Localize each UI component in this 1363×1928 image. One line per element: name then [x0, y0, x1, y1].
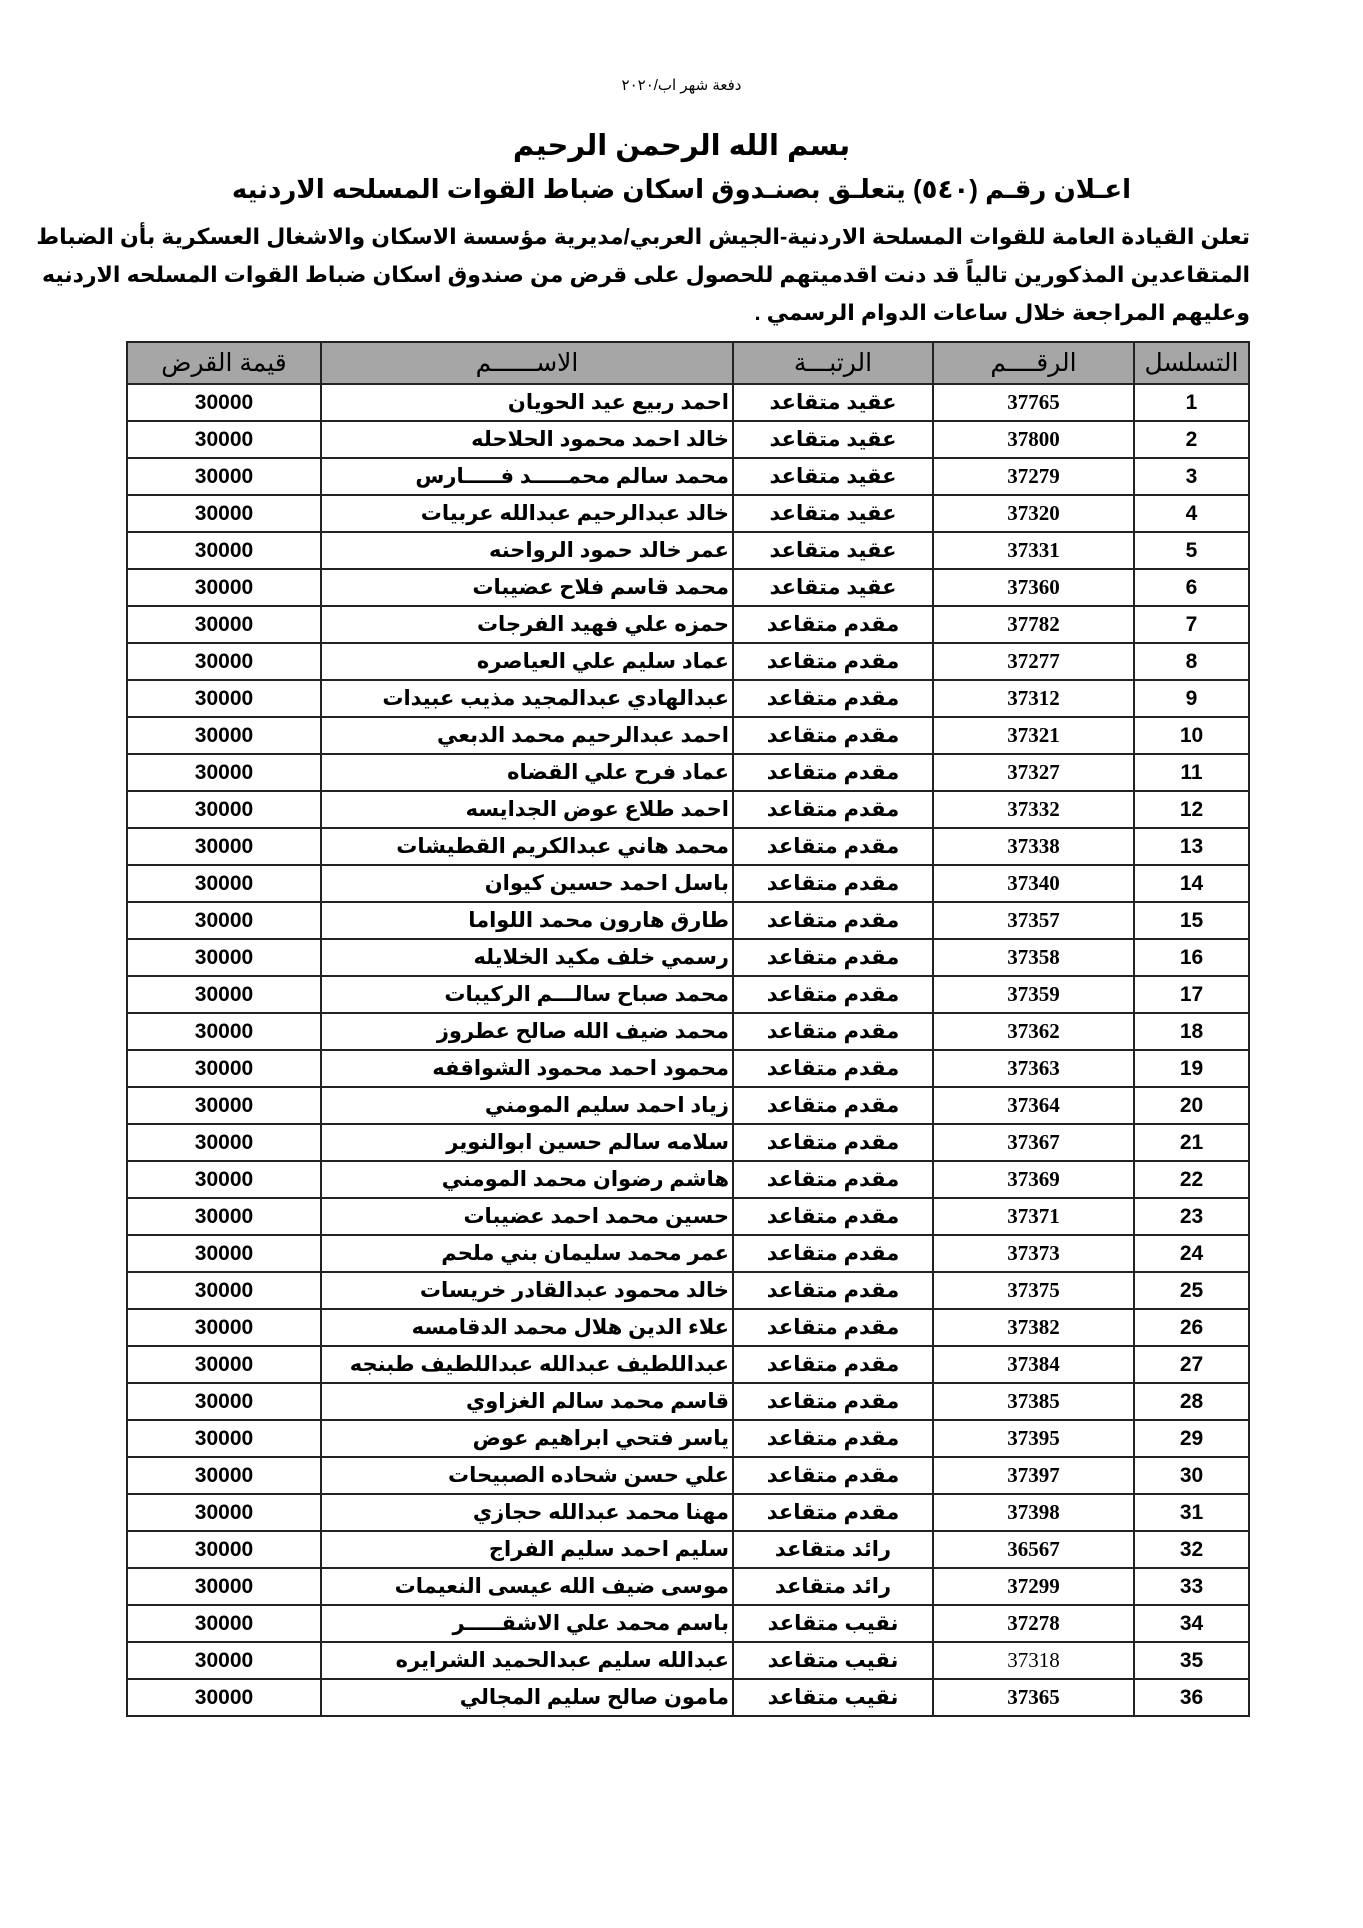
- table-row: 837277مقدم متقاعدعماد سليم علي العياصره3…: [127, 643, 1249, 680]
- cell-rank: مقدم متقاعد: [733, 1124, 933, 1161]
- cell-number: 37369: [933, 1161, 1134, 1198]
- cell-rank: مقدم متقاعد: [733, 865, 933, 902]
- cell-rank: عقيد متقاعد: [733, 458, 933, 495]
- cell-rank: رائد متقاعد: [733, 1531, 933, 1568]
- cell-seq: 27: [1134, 1346, 1249, 1383]
- cell-seq: 15: [1134, 902, 1249, 939]
- column-header-name: الاســــــم: [321, 342, 733, 384]
- cell-number: 37278: [933, 1605, 1134, 1642]
- cell-number: 37279: [933, 458, 1134, 495]
- cell-name: عبداللطيف عبدالله عبداللطيف طبنجه: [321, 1346, 733, 1383]
- cell-name: احمد عبدالرحيم محمد الدبعي: [321, 717, 733, 754]
- cell-number: 37321: [933, 717, 1134, 754]
- cell-amount: 30000: [127, 643, 321, 680]
- cell-number: 37327: [933, 754, 1134, 791]
- cell-number: 37397: [933, 1457, 1134, 1494]
- cell-seq: 12: [1134, 791, 1249, 828]
- cell-name: عمر محمد سليمان بني ملحم: [321, 1235, 733, 1272]
- cell-amount: 30000: [127, 384, 321, 421]
- cell-number: 37332: [933, 791, 1134, 828]
- cell-name: محمد ضيف الله صالح عطروز: [321, 1013, 733, 1050]
- cell-number: 37800: [933, 421, 1134, 458]
- table-row: 2837385مقدم متقاعدقاسم محمد سالم الغزاوي…: [127, 1383, 1249, 1420]
- cell-name: محمد قاسم فلاح عضيبات: [321, 569, 733, 606]
- cell-rank: مقدم متقاعد: [733, 1087, 933, 1124]
- table-row: 2437373مقدم متقاعدعمر محمد سليمان بني مل…: [127, 1235, 1249, 1272]
- table-row: 1237332مقدم متقاعداحمد طلاع عوض الجدايسه…: [127, 791, 1249, 828]
- cell-amount: 30000: [127, 495, 321, 532]
- table-row: 1137327مقدم متقاعدعماد فرح علي القضاه300…: [127, 754, 1249, 791]
- table-row: 1037321مقدم متقاعداحمد عبدالرحيم محمد ال…: [127, 717, 1249, 754]
- cell-rank: مقدم متقاعد: [733, 643, 933, 680]
- cell-number: 37365: [933, 1679, 1134, 1716]
- cell-number: 37359: [933, 976, 1134, 1013]
- table-row: 537331عقيد متقاعدعمر خالد حمود الرواحنه3…: [127, 532, 1249, 569]
- table-row: 2037364مقدم متقاعدزياد احمد سليم المومني…: [127, 1087, 1249, 1124]
- cell-rank: مقدم متقاعد: [733, 1198, 933, 1235]
- cell-number: 37398: [933, 1494, 1134, 1531]
- cell-number: 37299: [933, 1568, 1134, 1605]
- cell-name: خالد عبدالرحيم عبدالله عربيات: [321, 495, 733, 532]
- cell-seq: 32: [1134, 1531, 1249, 1568]
- cell-number: 37331: [933, 532, 1134, 569]
- cell-amount: 30000: [127, 939, 321, 976]
- body-line: تعلن القيادة العامة للقوات المسلحة الارد…: [205, 218, 1250, 256]
- cell-rank: رائد متقاعد: [733, 1568, 933, 1605]
- cell-name: حمزه علي فهيد الفرجات: [321, 606, 733, 643]
- cell-amount: 30000: [127, 1087, 321, 1124]
- cell-amount: 30000: [127, 569, 321, 606]
- cell-seq: 14: [1134, 865, 1249, 902]
- cell-seq: 1: [1134, 384, 1249, 421]
- cell-amount: 30000: [127, 458, 321, 495]
- cell-rank: مقدم متقاعد: [733, 1013, 933, 1050]
- cell-rank: مقدم متقاعد: [733, 1050, 933, 1087]
- cell-seq: 22: [1134, 1161, 1249, 1198]
- cell-name: قاسم محمد سالم الغزاوي: [321, 1383, 733, 1420]
- cell-seq: 9: [1134, 680, 1249, 717]
- cell-amount: 30000: [127, 902, 321, 939]
- cell-seq: 17: [1134, 976, 1249, 1013]
- cell-seq: 36: [1134, 1679, 1249, 1716]
- table-row: 1437340مقدم متقاعدباسل احمد حسين كيوان30…: [127, 865, 1249, 902]
- table-row: 2937395مقدم متقاعدياسر فتحي ابراهيم عوض3…: [127, 1420, 1249, 1457]
- cell-name: محمود احمد محمود الشواقفه: [321, 1050, 733, 1087]
- cell-amount: 30000: [127, 1050, 321, 1087]
- cell-name: علاء الدين هلال محمد الدقامسه: [321, 1309, 733, 1346]
- cell-seq: 5: [1134, 532, 1249, 569]
- column-header-amount: قيمة القرض: [127, 342, 321, 384]
- cell-seq: 30: [1134, 1457, 1249, 1494]
- table-row: 2637382مقدم متقاعدعلاء الدين هلال محمد ا…: [127, 1309, 1249, 1346]
- cell-number: 37373: [933, 1235, 1134, 1272]
- cell-number: 37338: [933, 828, 1134, 865]
- table-header-row: التسلسل الرقــــم الرتبـــة الاســــــم …: [127, 342, 1249, 384]
- cell-amount: 30000: [127, 1346, 321, 1383]
- table-row: 437320عقيد متقاعدخالد عبدالرحيم عبدالله …: [127, 495, 1249, 532]
- cell-amount: 30000: [127, 976, 321, 1013]
- cell-rank: مقدم متقاعد: [733, 976, 933, 1013]
- cell-rank: عقيد متقاعد: [733, 532, 933, 569]
- cell-number: 37363: [933, 1050, 1134, 1087]
- cell-amount: 30000: [127, 1679, 321, 1716]
- cell-amount: 30000: [127, 754, 321, 791]
- cell-amount: 30000: [127, 1161, 321, 1198]
- cell-name: خالد محمود عبدالقادر خريسات: [321, 1272, 733, 1309]
- cell-rank: مقدم متقاعد: [733, 1235, 933, 1272]
- cell-rank: مقدم متقاعد: [733, 939, 933, 976]
- cell-number: 37782: [933, 606, 1134, 643]
- cell-rank: مقدم متقاعد: [733, 717, 933, 754]
- cell-name: طارق هارون محمد اللواما: [321, 902, 733, 939]
- cell-rank: مقدم متقاعد: [733, 754, 933, 791]
- cell-name: حسين محمد احمد عضيبات: [321, 1198, 733, 1235]
- table-row: 3537318نقيب متقاعدعبدالله سليم عبدالحميد…: [127, 1642, 1249, 1679]
- cell-number: 37385: [933, 1383, 1134, 1420]
- cell-seq: 20: [1134, 1087, 1249, 1124]
- table-row: 1737359مقدم متقاعدمحمد صباح سالـــم الرك…: [127, 976, 1249, 1013]
- cell-amount: 30000: [127, 1420, 321, 1457]
- cell-amount: 30000: [127, 1198, 321, 1235]
- cell-seq: 8: [1134, 643, 1249, 680]
- table-row: 137765عقيد متقاعداحمد ربيع عيد الحويان30…: [127, 384, 1249, 421]
- cell-rank: مقدم متقاعد: [733, 1272, 933, 1309]
- cell-seq: 29: [1134, 1420, 1249, 1457]
- cell-number: 37312: [933, 680, 1134, 717]
- body-line: المتقاعدين المذكورين تالياً قد دنت اقدمي…: [205, 256, 1250, 294]
- batch-note: دفعة شهر اب/٢٠٢٠: [0, 76, 1363, 94]
- table-row: 637360عقيد متقاعدمحمد قاسم فلاح عضيبات30…: [127, 569, 1249, 606]
- cell-amount: 30000: [127, 828, 321, 865]
- cell-number: 37320: [933, 495, 1134, 532]
- cell-amount: 30000: [127, 865, 321, 902]
- cell-seq: 35: [1134, 1642, 1249, 1679]
- cell-number: 37395: [933, 1420, 1134, 1457]
- table-row: 2137367مقدم متقاعدسلامه سالم حسين ابوالن…: [127, 1124, 1249, 1161]
- cell-rank: مقدم متقاعد: [733, 1494, 933, 1531]
- cell-rank: عقيد متقاعد: [733, 421, 933, 458]
- table-row: 3337299رائد متقاعدموسى ضيف الله عيسى الن…: [127, 1568, 1249, 1605]
- cell-rank: عقيد متقاعد: [733, 384, 933, 421]
- cell-amount: 30000: [127, 606, 321, 643]
- table-row: 3437278نقيب متقاعدباسم محمد علي الاشقـــ…: [127, 1605, 1249, 1642]
- cell-amount: 30000: [127, 532, 321, 569]
- cell-rank: مقدم متقاعد: [733, 1346, 933, 1383]
- cell-rank: مقدم متقاعد: [733, 1309, 933, 1346]
- cell-name: محمد سالم محمـــــد فـــــارس: [321, 458, 733, 495]
- cell-name: مهنا محمد عبدالله حجازي: [321, 1494, 733, 1531]
- cell-amount: 30000: [127, 1309, 321, 1346]
- cell-amount: 30000: [127, 1642, 321, 1679]
- cell-amount: 30000: [127, 1605, 321, 1642]
- cell-number: 37382: [933, 1309, 1134, 1346]
- table-row: 1537357مقدم متقاعدطارق هارون محمد اللوام…: [127, 902, 1249, 939]
- cell-name: عماد سليم علي العياصره: [321, 643, 733, 680]
- cell-name: عمر خالد حمود الرواحنه: [321, 532, 733, 569]
- cell-name: خالد احمد محمود الحلاحله: [321, 421, 733, 458]
- cell-seq: 10: [1134, 717, 1249, 754]
- table-row: 3037397مقدم متقاعدعلي حسن شحاده الصبيحات…: [127, 1457, 1249, 1494]
- cell-number: 37371: [933, 1198, 1134, 1235]
- cell-seq: 7: [1134, 606, 1249, 643]
- column-header-number: الرقــــم: [933, 342, 1134, 384]
- cell-number: 37360: [933, 569, 1134, 606]
- cell-number: 37765: [933, 384, 1134, 421]
- cell-amount: 30000: [127, 1457, 321, 1494]
- announcement-title: اعـلان رقـم (٥٤٠) يتعلـق بصنـدوق اسكان ض…: [0, 174, 1363, 205]
- table-row: 2537375مقدم متقاعدخالد محمود عبدالقادر خ…: [127, 1272, 1249, 1309]
- cell-amount: 30000: [127, 1124, 321, 1161]
- table-row: 2237369مقدم متقاعدهاشم رضوان محمد المومن…: [127, 1161, 1249, 1198]
- cell-rank: مقدم متقاعد: [733, 1383, 933, 1420]
- cell-seq: 19: [1134, 1050, 1249, 1087]
- basmala-heading: بسم الله الرحمن الرحيم: [0, 128, 1363, 163]
- cell-name: عبدالهادي عبدالمجيد مذيب عبيدات: [321, 680, 733, 717]
- table-row: 2337371مقدم متقاعدحسين محمد احمد عضيبات3…: [127, 1198, 1249, 1235]
- cell-rank: مقدم متقاعد: [733, 1420, 933, 1457]
- table-row: 737782مقدم متقاعدحمزه علي فهيد الفرجات30…: [127, 606, 1249, 643]
- cell-seq: 3: [1134, 458, 1249, 495]
- announcement-body: تعلن القيادة العامة للقوات المسلحة الارد…: [205, 218, 1250, 332]
- cell-seq: 26: [1134, 1309, 1249, 1346]
- cell-amount: 30000: [127, 1494, 321, 1531]
- cell-number: 37364: [933, 1087, 1134, 1124]
- cell-rank: نقيب متقاعد: [733, 1642, 933, 1679]
- cell-seq: 24: [1134, 1235, 1249, 1272]
- cell-number: 37384: [933, 1346, 1134, 1383]
- cell-seq: 16: [1134, 939, 1249, 976]
- cell-seq: 28: [1134, 1383, 1249, 1420]
- column-header-rank: الرتبـــة: [733, 342, 933, 384]
- cell-rank: مقدم متقاعد: [733, 1457, 933, 1494]
- cell-amount: 30000: [127, 1383, 321, 1420]
- cell-name: باسم محمد علي الاشقـــــر: [321, 1605, 733, 1642]
- cell-name: هاشم رضوان محمد المومني: [321, 1161, 733, 1198]
- cell-number: 37318: [933, 1642, 1134, 1679]
- cell-seq: 21: [1134, 1124, 1249, 1161]
- cell-name: علي حسن شحاده الصبيحات: [321, 1457, 733, 1494]
- table-row: 937312مقدم متقاعدعبدالهادي عبدالمجيد مذي…: [127, 680, 1249, 717]
- table-row: 337279عقيد متقاعدمحمد سالم محمـــــد فــ…: [127, 458, 1249, 495]
- cell-name: عماد فرح علي القضاه: [321, 754, 733, 791]
- cell-name: احمد ربيع عيد الحويان: [321, 384, 733, 421]
- cell-rank: نقيب متقاعد: [733, 1605, 933, 1642]
- cell-rank: مقدم متقاعد: [733, 902, 933, 939]
- cell-seq: 6: [1134, 569, 1249, 606]
- cell-name: سليم احمد سليم الفراج: [321, 1531, 733, 1568]
- cell-name: باسل احمد حسين كيوان: [321, 865, 733, 902]
- cell-seq: 34: [1134, 1605, 1249, 1642]
- table-row: 1637358مقدم متقاعدرسمي خلف مكيد الخلايله…: [127, 939, 1249, 976]
- cell-seq: 23: [1134, 1198, 1249, 1235]
- cell-amount: 30000: [127, 1235, 321, 1272]
- cell-number: 37340: [933, 865, 1134, 902]
- cell-number: 37277: [933, 643, 1134, 680]
- cell-amount: 30000: [127, 1531, 321, 1568]
- cell-seq: 2: [1134, 421, 1249, 458]
- cell-rank: مقدم متقاعد: [733, 828, 933, 865]
- cell-seq: 13: [1134, 828, 1249, 865]
- table-row: 1337338مقدم متقاعدمحمد هاني عبدالكريم ال…: [127, 828, 1249, 865]
- cell-number: 37357: [933, 902, 1134, 939]
- cell-amount: 30000: [127, 1272, 321, 1309]
- cell-seq: 18: [1134, 1013, 1249, 1050]
- cell-amount: 30000: [127, 791, 321, 828]
- cell-number: 36567: [933, 1531, 1134, 1568]
- table-row: 3637365نقيب متقاعدمامون صالح سليم المجال…: [127, 1679, 1249, 1716]
- body-line: وعليهم المراجعة خلال ساعات الدوام الرسمي…: [205, 294, 1250, 332]
- table-row: 3137398مقدم متقاعدمهنا محمد عبدالله حجاز…: [127, 1494, 1249, 1531]
- cell-amount: 30000: [127, 680, 321, 717]
- cell-rank: عقيد متقاعد: [733, 495, 933, 532]
- cell-amount: 30000: [127, 421, 321, 458]
- cell-name: سلامه سالم حسين ابوالنوير: [321, 1124, 733, 1161]
- cell-number: 37375: [933, 1272, 1134, 1309]
- cell-name: مامون صالح سليم المجالي: [321, 1679, 733, 1716]
- cell-rank: مقدم متقاعد: [733, 606, 933, 643]
- table-row: 1937363مقدم متقاعدمحمود احمد محمود الشوا…: [127, 1050, 1249, 1087]
- cell-seq: 4: [1134, 495, 1249, 532]
- cell-name: موسى ضيف الله عيسى النعيمات: [321, 1568, 733, 1605]
- column-header-seq: التسلسل: [1134, 342, 1249, 384]
- table-row: 2737384مقدم متقاعدعبداللطيف عبدالله عبدا…: [127, 1346, 1249, 1383]
- cell-name: ياسر فتحي ابراهيم عوض: [321, 1420, 733, 1457]
- cell-rank: مقدم متقاعد: [733, 1161, 933, 1198]
- cell-seq: 11: [1134, 754, 1249, 791]
- cell-seq: 33: [1134, 1568, 1249, 1605]
- cell-number: 37367: [933, 1124, 1134, 1161]
- cell-amount: 30000: [127, 1568, 321, 1605]
- cell-rank: مقدم متقاعد: [733, 680, 933, 717]
- cell-rank: عقيد متقاعد: [733, 569, 933, 606]
- cell-number: 37362: [933, 1013, 1134, 1050]
- cell-name: احمد طلاع عوض الجدايسه: [321, 791, 733, 828]
- table-row: 1837362مقدم متقاعدمحمد ضيف الله صالح عطر…: [127, 1013, 1249, 1050]
- cell-rank: مقدم متقاعد: [733, 791, 933, 828]
- cell-name: رسمي خلف مكيد الخلايله: [321, 939, 733, 976]
- cell-name: محمد هاني عبدالكريم القطيشات: [321, 828, 733, 865]
- cell-name: عبدالله سليم عبدالحميد الشرايره: [321, 1642, 733, 1679]
- cell-rank: نقيب متقاعد: [733, 1679, 933, 1716]
- cell-number: 37358: [933, 939, 1134, 976]
- cell-amount: 30000: [127, 1013, 321, 1050]
- officers-table: التسلسل الرقــــم الرتبـــة الاســــــم …: [126, 341, 1250, 1717]
- cell-seq: 31: [1134, 1494, 1249, 1531]
- cell-name: محمد صباح سالـــم الركيبات: [321, 976, 733, 1013]
- table-row: 237800عقيد متقاعدخالد احمد محمود الحلاحل…: [127, 421, 1249, 458]
- cell-amount: 30000: [127, 717, 321, 754]
- table-body: 137765عقيد متقاعداحمد ربيع عيد الحويان30…: [127, 384, 1249, 1716]
- cell-seq: 25: [1134, 1272, 1249, 1309]
- cell-name: زياد احمد سليم المومني: [321, 1087, 733, 1124]
- table-row: 3236567رائد متقاعدسليم احمد سليم الفراج3…: [127, 1531, 1249, 1568]
